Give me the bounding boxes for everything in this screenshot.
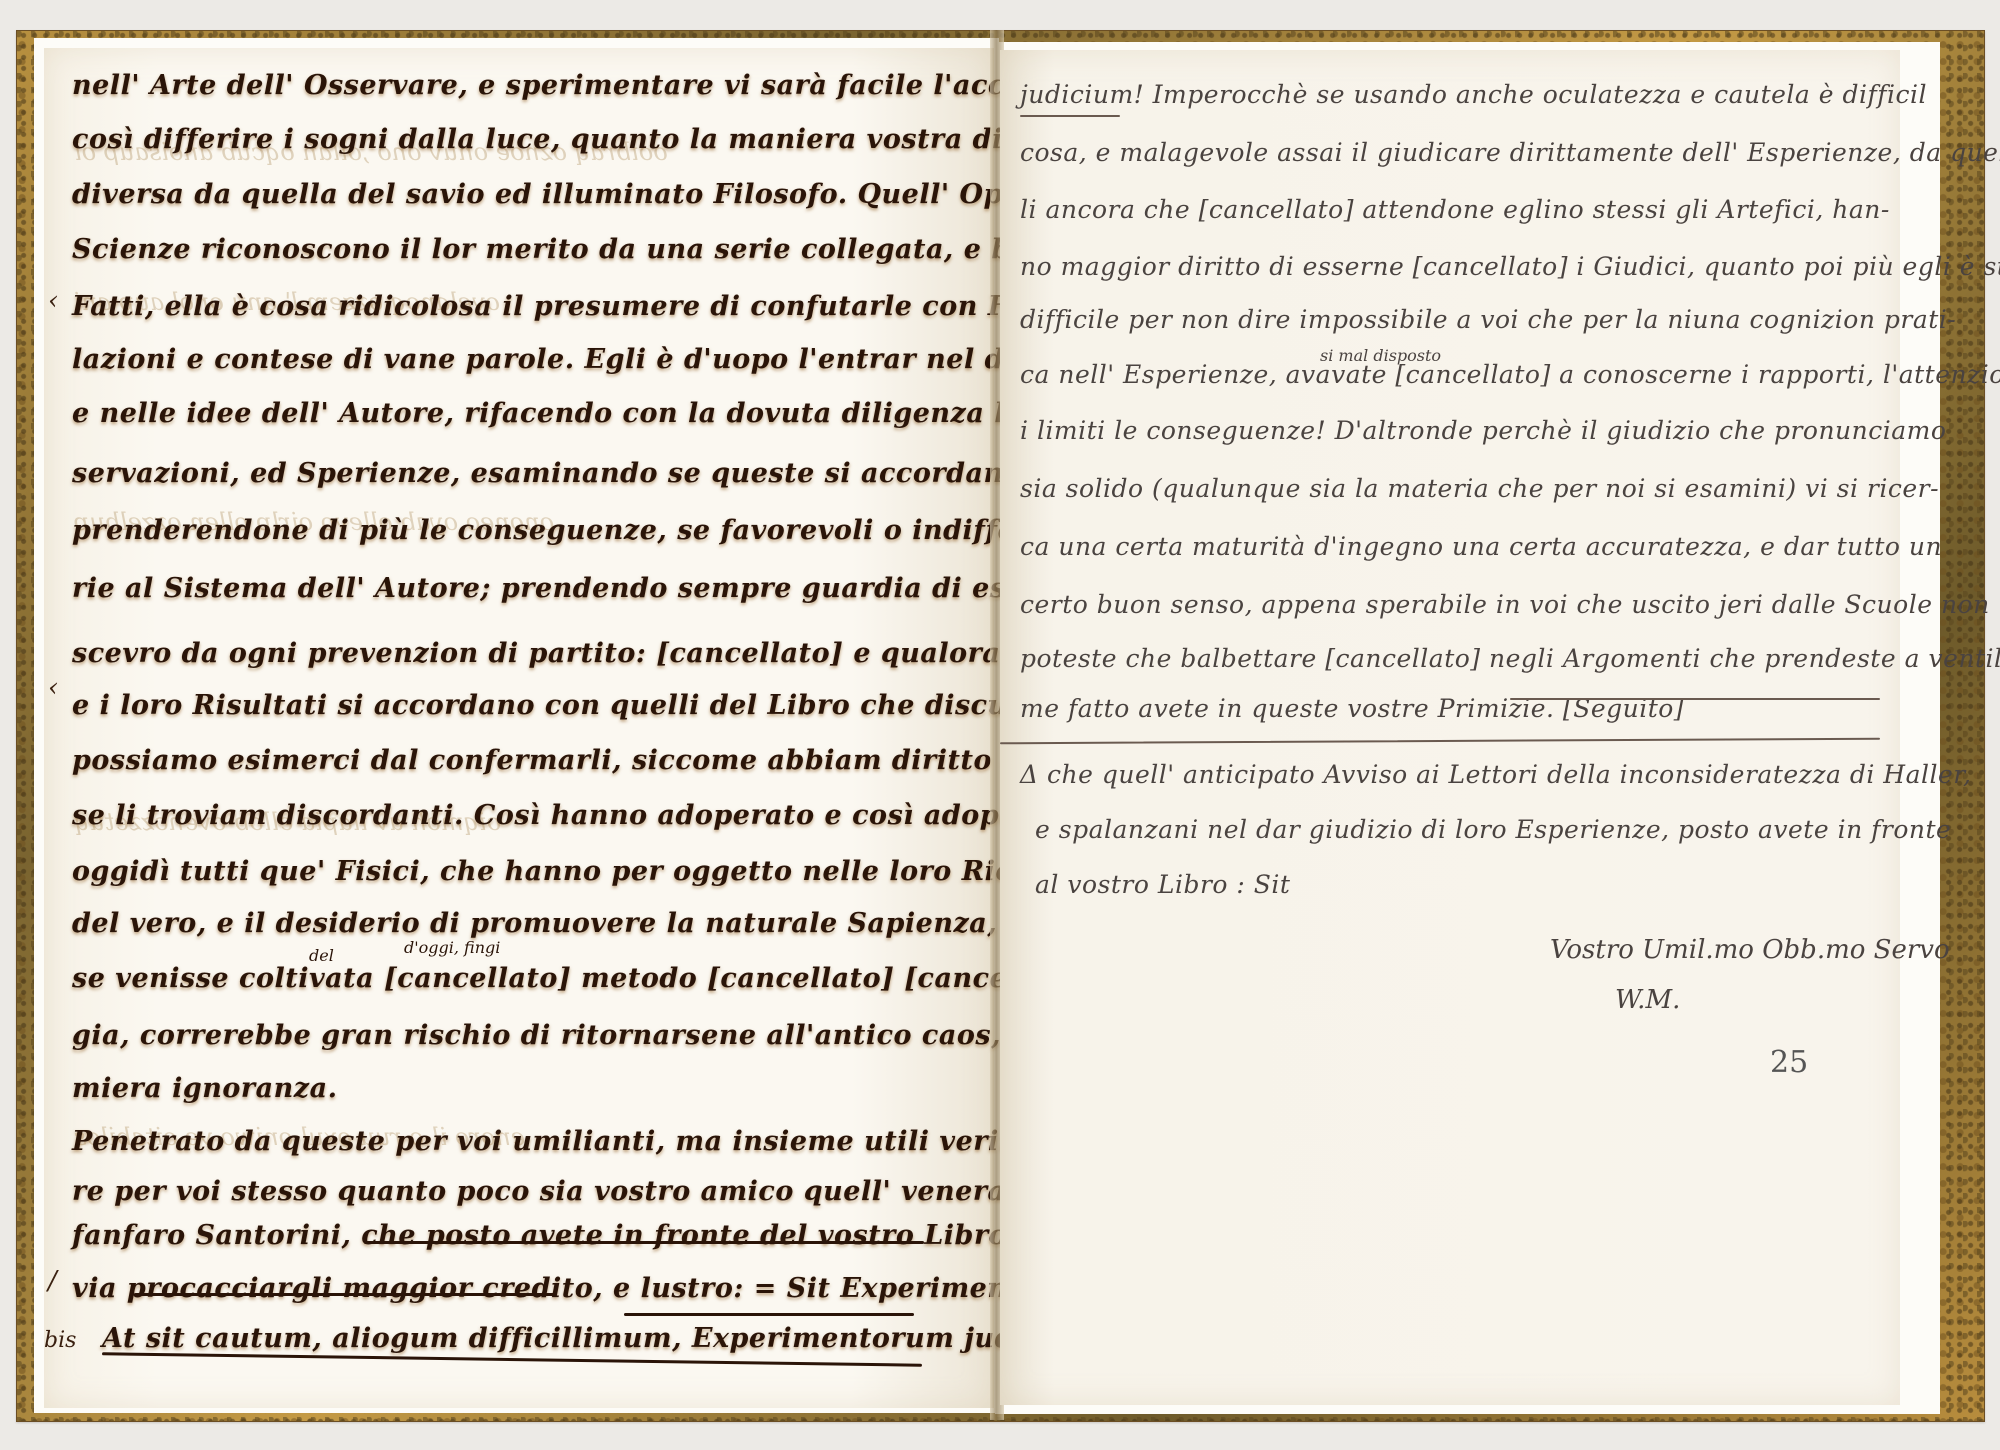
strike-through-line xyxy=(134,1293,554,1296)
manuscript-line: difficile per non dire impossibile a voi… xyxy=(1020,305,1956,334)
strike-through-line xyxy=(1510,698,1880,700)
manuscript-line: lazioni e contese di vane parole. Egli è… xyxy=(72,344,1106,375)
right-page: judicium! Imperocchè se usando anche ocu… xyxy=(1000,50,1900,1405)
manuscript-line: ca una certa maturità d'ingegno una cert… xyxy=(1020,532,1942,561)
manuscript-line: miera ignoranza. xyxy=(72,1073,337,1104)
signature-closing: Vostro Umil.mo Obb.mo Servo xyxy=(1550,935,1950,965)
interlinear-insertion: d'oggi, fingi xyxy=(404,938,500,957)
underline xyxy=(102,1352,922,1366)
left-page: ooibraq oznoe onuv ono ,ollan oqcub anoi… xyxy=(44,48,994,1408)
margin-mark: / xyxy=(48,1266,57,1296)
manuscript-line: judicium! Imperocchè se usando anche ocu… xyxy=(1020,80,1927,109)
manuscript-line: li ancora che [cancellato] attendone egl… xyxy=(1020,195,1890,224)
manuscript-line: cosa, e malagevole assai il giudicare di… xyxy=(1020,138,2000,167)
section-divider xyxy=(1000,738,1880,745)
strike-through-line xyxy=(364,1241,924,1244)
manuscript-line: se li troviam discordanti. Così hanno ad… xyxy=(72,800,1088,831)
manuscript-line: via procacciargli maggior credito, e lus… xyxy=(72,1273,1145,1304)
margin-text: bis xyxy=(44,1328,76,1353)
margin-mark: ‹ xyxy=(48,673,58,703)
underline xyxy=(624,1313,914,1316)
footnote-line: e spalanzani nel dar giudizio di loro Es… xyxy=(1035,815,1951,844)
page-number: 25 xyxy=(1770,1045,1808,1080)
margin-mark: ‹ xyxy=(48,286,58,316)
manuscript-line: At sit cautum, aliogum difficillimum, Ex… xyxy=(102,1323,1114,1354)
underline xyxy=(1020,115,1120,117)
manuscript-line: ca nell' Esperienze, avavate [cancellato… xyxy=(1020,360,2000,389)
signature-initials: W.M. xyxy=(1615,985,1680,1015)
manuscript-line: sia solido (qualunque sia la materia che… xyxy=(1020,474,1939,503)
manuscript-line: certo buon senso, appena sperabile in vo… xyxy=(1020,590,1990,619)
manuscript-line: no maggior diritto di esserne [cancellat… xyxy=(1020,252,2000,281)
manuscript-line: del vero, e il desiderio di promuovere l… xyxy=(72,908,1132,939)
manuscript-line: poteste che balbettare [cancellato] negl… xyxy=(1020,644,2000,673)
manuscript-line: i limiti le conseguenze! D'altronde perc… xyxy=(1020,416,1946,445)
footnote-line: al vostro Libro : Sit xyxy=(1035,870,1290,899)
manuscript-line: e nelle idee dell' Autore, rifacendo con… xyxy=(72,398,1147,429)
footnote-line: Δ che quell' anticipato Avviso ai Lettor… xyxy=(1020,760,1971,789)
